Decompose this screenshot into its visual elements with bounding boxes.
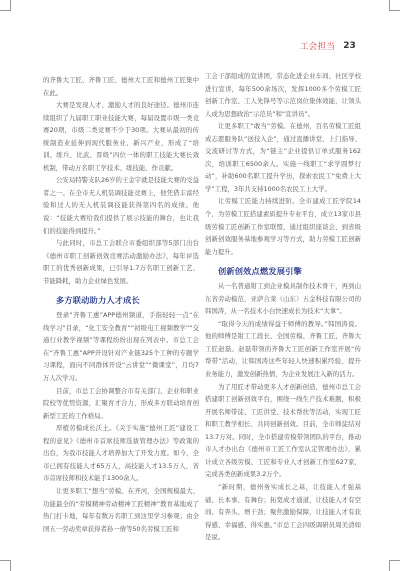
crop-mark-bottom-left — [0, 560, 11, 571]
paragraph: 的齐鲁大工匠、齐鲁工匠、德州大工匠和德州工匠集中在此。 — [43, 74, 199, 99]
paragraph: 为了用匠才带动更多人才创新创造，德州市总工会搭建职工创新创效平台，围绕一线生产技… — [205, 381, 361, 481]
paragraph: 工会干部组成的宣讲团，常态化进企业车间、社区学校进行宣讲，每年500余场次，发挥… — [205, 70, 361, 120]
crop-mark-bottom-right — [389, 560, 400, 571]
paragraph: 目前，市总工会协调整合市有关部门、企业和职业院校等优势资源，汇聚育才合力，形成多… — [43, 385, 199, 423]
paragraph: 厚植劳模成长沃土。《关于实施“德州工匠”建设工程的意见》《德州市首席技师选拔管理… — [43, 422, 199, 485]
paragraph: 让更多职工“敢当”劳模。在德州，百名劳模工匠组成志愿服务队“送技入企”，通过直播… — [205, 120, 361, 195]
crop-mark-top-right — [389, 0, 400, 11]
section-title: 工会担当 — [300, 40, 335, 52]
paragraph: 大赛是发现人才、激励人才的良好途径。德州市连续组织了九届职工职业技能大赛，每届设… — [43, 99, 199, 174]
paragraph: 登录“齐鲁工惠”APP德州频道，手指轻轻一点“在线学习”目录，“化工安全教育”“… — [43, 309, 199, 384]
paragraph: 让更多职工“想当”劳模。在齐河，全国规模最大、功能最全的“劳模精神劳动精神工匠精… — [43, 485, 199, 535]
right-column: 工会干部组成的宣讲团，常态化进企业车间、社区学校进行宣讲，每年500余场次，发挥… — [205, 70, 361, 544]
crop-mark-top-left — [0, 0, 11, 11]
section-heading: 多方联动助力人才成长 — [43, 294, 199, 306]
paragraph: “新时期，德州务实成长之基，让技能人才强基础、长本事、有舞台；拓宽成才通道，让技… — [205, 481, 361, 544]
page-number: 23 — [343, 41, 356, 51]
paragraph: “取得今天的成绩得益于师傅的教导。”韩国涛说。他的师傅是钳工工段长、全国劳模、齐… — [205, 318, 361, 381]
section-heading: 创新创效点燃发展引擎 — [205, 265, 361, 277]
paragraph: 公安局特警支队26岁的王金宇就是技能大赛的受益者之一。在全市无人机装调技能竞赛上… — [43, 174, 199, 237]
page-header: 工会担当 23 — [300, 39, 380, 53]
paragraph: 与此同时，市总工会联合市委组织部等5部门出台《德州市职工创新创效竞赛活动激励办法… — [43, 237, 199, 287]
paragraph: 让劳模工匠能力持续进阶。全市建成工匠学院14个，为劳模工匠搭建素质提升专业平台，… — [205, 195, 361, 258]
left-column: 的齐鲁大工匠、齐鲁工匠、德州大工匠和德州工匠集中在此。 大赛是发现人才、激励人才… — [43, 74, 199, 535]
paragraph: 从一名普通钳工到企业模具制作技术骨干，再到山东省劳动模范，亚萨合莱（山东）五金科… — [205, 280, 361, 318]
